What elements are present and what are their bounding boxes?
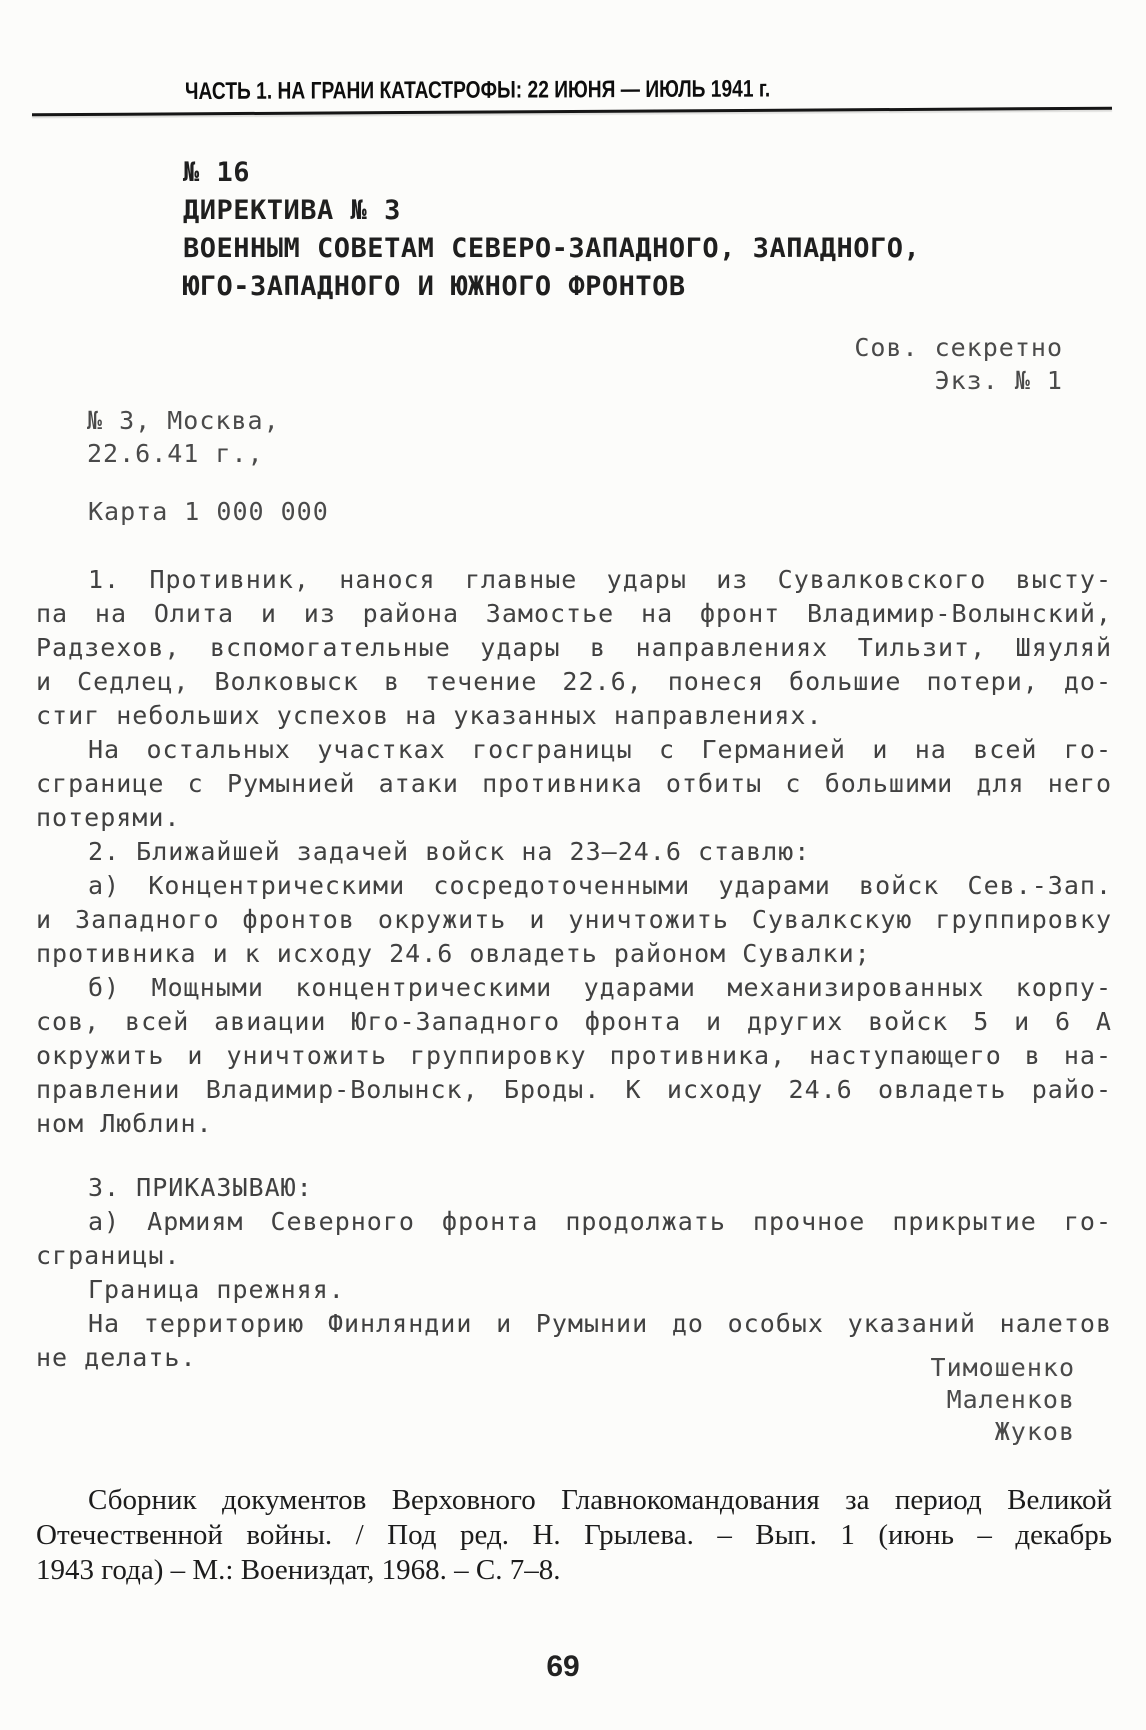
page-number: 69	[0, 1650, 1126, 1684]
body-line: 1. Противник, нанося главные удары из Су…	[36, 563, 1112, 597]
dateline-block: № 3, Москва,22.6.41 г.,	[87, 404, 280, 470]
body-line: На территорию Финляндии и Румынии до осо…	[36, 1307, 1112, 1341]
title-line: ЮГО-ЗАПАДНОГО И ЮЖНОГО ФРОНТОВ	[183, 268, 920, 306]
signatures-block: ТимошенкоМаленковЖуков	[931, 1352, 1075, 1448]
body-line: сгранице с Румынией атаки противника отб…	[36, 767, 1112, 801]
map-note: Карта 1 000 000	[88, 495, 329, 528]
document-number: № 16	[183, 154, 920, 192]
classification-line: Экз. № 1	[854, 364, 1063, 397]
dateline-line: № 3, Москва,	[87, 404, 280, 437]
body-line: окружить и уничтожить группировку против…	[36, 1039, 1112, 1073]
header-rule	[32, 107, 1112, 117]
body-line: правлении Владимир-Волынск, Броды. К исх…	[36, 1073, 1112, 1107]
classification-line: Сов. секретно	[854, 331, 1063, 364]
body-line: Радзехов, вспомогательные удары в направ…	[36, 631, 1112, 665]
body-line: и Седлец, Волковыск в течение 22.6, поне…	[36, 665, 1112, 699]
body-line: сов, всей авиации Юго-Западного фронта и…	[36, 1005, 1112, 1039]
body-line: а) Армиям Северного фронта продолжать пр…	[36, 1205, 1112, 1239]
body-line: а) Концентрическими сосредоточенными уда…	[36, 869, 1112, 903]
title-line: ДИРЕКТИВА № 3	[183, 192, 920, 230]
body-line: Граница прежняя.	[36, 1273, 1112, 1307]
body-line: 2. Ближайшей задачей войск на 23—24.6 ст…	[36, 835, 1112, 869]
source-line: Отечественной войны. / Под ред. Н. Грыле…	[36, 1518, 1112, 1553]
signature: Тимошенко	[931, 1352, 1075, 1384]
document-title-block: № 16 ДИРЕКТИВА № 3ВОЕННЫМ СОВЕТАМ СЕВЕРО…	[183, 154, 920, 306]
signature: Маленков	[931, 1384, 1075, 1416]
classification-block: Сов. секретноЭкз. № 1	[854, 331, 1063, 397]
body-line: На остальных участках госграницы с Герма…	[36, 733, 1112, 767]
body-line: и Западного фронтов окружить и уничтожит…	[36, 903, 1112, 937]
body-line: па на Олита и из района Замостье на фрон…	[36, 597, 1112, 631]
chapter-running-head: ЧАСТЬ 1. НА ГРАНИ КАТАСТРОФЫ: 22 ИЮНЯ — …	[185, 77, 770, 104]
body-line: ном Люблин.	[36, 1107, 1112, 1141]
source-line: Сборник документов Верховного Главнокома…	[36, 1483, 1112, 1518]
source-citation: Сборник документов Верховного Главнокома…	[36, 1483, 1112, 1588]
body-line: стиг небольших успехов на указанных напр…	[36, 699, 1112, 733]
source-line: 1943 года) – М.: Воениздат, 1968. – С. 7…	[36, 1553, 1112, 1588]
document-page: ЧАСТЬ 1. НА ГРАНИ КАТАСТРОФЫ: 22 ИЮНЯ — …	[0, 0, 1146, 1730]
document-title: ДИРЕКТИВА № 3ВОЕННЫМ СОВЕТАМ СЕВЕРО-ЗАПА…	[183, 192, 920, 306]
body-line: противника и к исходу 24.6 овладеть райо…	[36, 937, 1112, 971]
body-line: б) Мощными концентрическими ударами меха…	[36, 971, 1112, 1005]
title-line: ВОЕННЫМ СОВЕТАМ СЕВЕРО-ЗАПАДНОГО, ЗАПАДН…	[183, 230, 920, 268]
body-line: потерями.	[36, 801, 1112, 835]
signature: Жуков	[931, 1416, 1075, 1448]
body-line: сграницы.	[36, 1239, 1112, 1273]
body-line: 3. ПРИКАЗЫВАЮ:	[36, 1171, 1112, 1205]
dateline-line: 22.6.41 г.,	[87, 437, 280, 470]
document-body: 1. Противник, нанося главные удары из Су…	[36, 563, 1112, 1375]
